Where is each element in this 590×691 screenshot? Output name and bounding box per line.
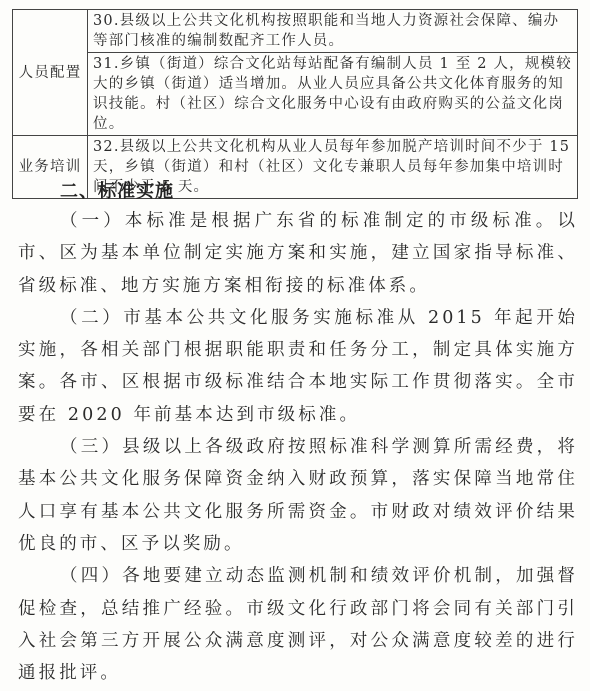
standards-table: 人员配置 30.县级以上公共文化机构按照职能和当地人力资源社会保障、编办等部门核… [12,9,578,199]
table-row: 31.乡镇（街道）综合文化站每站配备有编制人员 1 至 2 人，规模较大的乡镇（… [13,53,578,136]
section-heading: 二、标准实施 [60,177,174,203]
paragraph: （三）县级以上各级政府按照标准科学测算所需经费，将基本公共文化服务保障资金纳入财… [18,431,578,560]
item-cell: 31.乡镇（街道）综合文化站每站配备有编制人员 1 至 2 人，规模较大的乡镇（… [88,53,578,136]
item-cell: 30.县级以上公共文化机构按照职能和当地人力资源社会保障、编办等部门核准的编制数… [88,10,578,53]
paragraph: （四）各地要建立动态监测机制和绩效评价机制，加强督促检查，总结推广经验。市级文化… [18,560,578,689]
paragraph: （二）市基本公共文化服务实施标准从 2015 年起开始实施，各相关部门根据职能职… [18,302,578,431]
paragraph: （一）本标准是根据广东省的标准制定的市级标准。以市、区为基本单位制定实施方案和实… [18,205,578,302]
table-row: 人员配置 30.县级以上公共文化机构按照职能和当地人力资源社会保障、编办等部门核… [13,10,578,53]
section-body: （一）本标准是根据广东省的标准制定的市级标准。以市、区为基本单位制定实施方案和实… [18,205,578,689]
category-cell: 人员配置 [13,10,88,136]
